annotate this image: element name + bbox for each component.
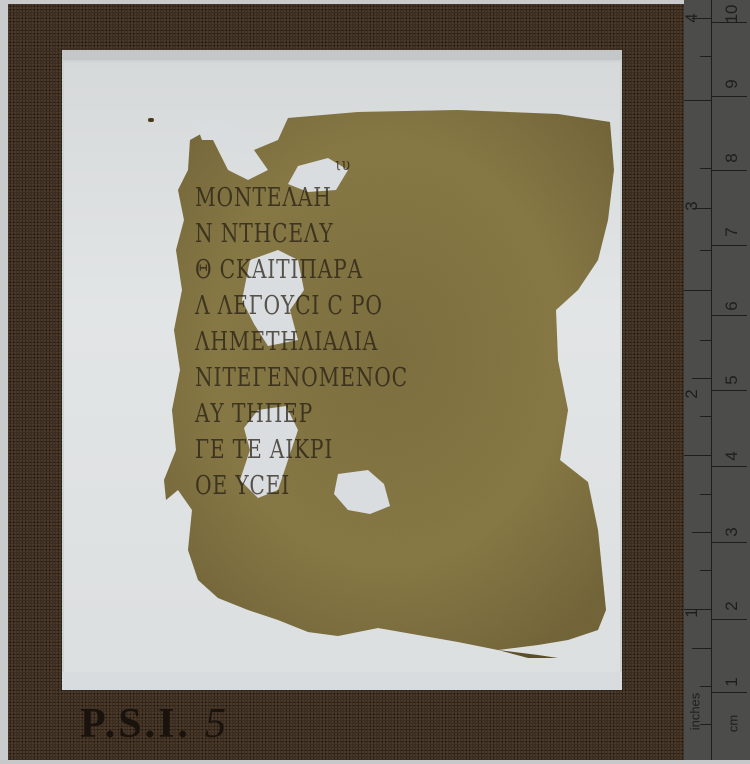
inch-minor-tick (700, 416, 711, 417)
cm-label-8: 8 (722, 148, 742, 168)
cm-tick-9 (711, 96, 747, 97)
inch-tick-2 (684, 455, 711, 456)
cm-label-9: 9 (722, 74, 742, 94)
inch-label-4: 4 (682, 8, 702, 28)
inch-minor-tick (700, 494, 711, 495)
ruler-divider (711, 0, 712, 764)
papyrus-speck (148, 118, 154, 122)
cm-label-3: 3 (722, 522, 742, 542)
column-number: ιυ (195, 150, 445, 180)
inch-label-3: 3 (682, 196, 702, 216)
cm-tick-4 (711, 466, 747, 467)
inch-label-1: 1 (682, 603, 702, 623)
cm-tick-8 (711, 170, 747, 171)
cm-unit-label: cm (726, 699, 741, 749)
inch-minor-tick (692, 378, 711, 379)
cm-label-6: 6 (722, 296, 742, 316)
inch-minor-tick (700, 168, 711, 169)
inch-minor-tick (692, 532, 711, 533)
text-line-7: ΑΥ ΤΗΠΕΡ (195, 396, 445, 432)
glass-window-edge (62, 672, 622, 690)
cm-label-4: 4 (722, 446, 742, 466)
cm-label-2: 2 (722, 596, 742, 616)
specimen-label-text: P.S.I. (80, 701, 191, 747)
inch-label-2: 2 (682, 384, 702, 404)
inch-minor-tick (700, 340, 711, 341)
cm-tick-1 (711, 692, 747, 693)
text-line-9: ΟΕ ΥCΕΙ (195, 468, 445, 504)
inch-minor-tick (692, 648, 711, 649)
text-line-6: ΝΙΤΕΓΕΝΟΜΕΝΟC (195, 360, 445, 396)
measurement-ruler: 1 2 3 4 inches 1 2 3 4 5 6 7 8 9 10 cm (684, 0, 750, 764)
specimen-label-number: 5 (205, 701, 229, 747)
specimen-label: P.S.I.5 (80, 700, 229, 748)
cm-label-7: 7 (722, 222, 742, 242)
text-line-1: ΜΟΝΤΕΛΑΗ (195, 180, 445, 216)
papyrus-text: ιυ ΜΟΝΤΕΛΑΗ Ν ΝΤΗCΕΛΥ Θ CΚΑΙΤΙΠΑΡΑ Λ ΛΕΓ… (195, 150, 515, 504)
cm-label-10: 10 (722, 4, 742, 24)
cm-label-5: 5 (722, 370, 742, 390)
text-line-8: ΓΕ ΤΕ ΑΙΚΡΙ (195, 432, 445, 468)
bottom-edge (0, 760, 750, 764)
inches-unit-label: inches (688, 687, 703, 737)
text-line-4: Λ ΛΕΓΟΥCΙ Ϲ ΡΟ (195, 288, 445, 324)
text-line-3: Θ CΚΑΙΤΙΠΑΡΑ (195, 252, 445, 288)
cm-tick-2 (711, 619, 747, 620)
cm-tick-7 (711, 245, 747, 246)
inch-minor-tick (700, 56, 711, 57)
inch-tick-4 (684, 100, 711, 101)
text-line-5: ΛΗΜΕΤΗΛΙΑΛΙΑ (195, 324, 445, 360)
text-line-2: Ν ΝΤΗCΕΛΥ (195, 216, 445, 252)
inch-minor-tick (700, 570, 711, 571)
cm-tick-5 (711, 390, 747, 391)
cm-label-1: 1 (722, 672, 742, 692)
inch-minor-tick (700, 250, 711, 251)
inch-tick-3 (684, 290, 711, 291)
cm-tick-3 (711, 542, 747, 543)
